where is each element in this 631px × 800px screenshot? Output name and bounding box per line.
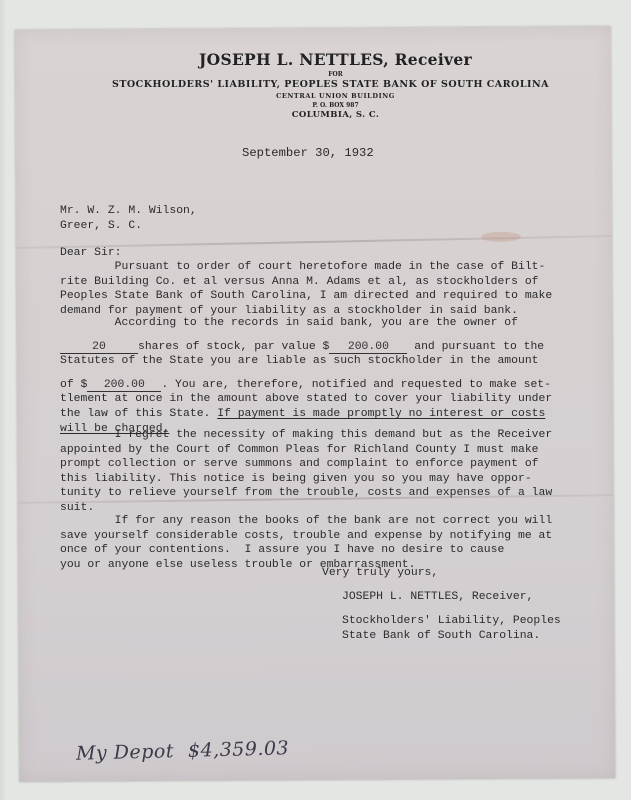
paragraph-line: this liability. This notice is being giv… [60, 472, 530, 487]
pursuant-text: and pursuant to the [407, 341, 544, 353]
paragraph-line: once of your contentions. I assure you I… [60, 543, 530, 558]
signer-org-line: Stockholders' Liability, Peoples [342, 614, 602, 629]
notified-text: . You are, therefore, notified and reque… [161, 379, 551, 391]
valediction: Very truly yours, [322, 566, 602, 581]
recipient-name: Mr. W. Z. M. Wilson, [60, 204, 530, 219]
paragraph-line: Statutes of the State you are liable as … [60, 354, 530, 369]
paragraph-regret: I regret the necessity of making this de… [60, 428, 530, 516]
letterhead-name: JOSEPH L. NETTLES [199, 50, 383, 69]
paragraph-line: Peoples State Bank of South Carolina, I … [60, 289, 530, 304]
paragraph-line: rite Building Co. et al versus Anna M. A… [60, 275, 530, 290]
paper-stain [481, 232, 521, 242]
paragraph-correction: If for any reason the books of the bank … [60, 514, 530, 572]
of-text: of $ [60, 379, 87, 391]
letterhead-name-line: JOSEPH L. NETTLES, Receiver [40, 50, 631, 69]
signer-org-line: State Bank of South Carolina. [342, 629, 602, 644]
liability-line: of $200.00. You are, therefore, notified… [60, 378, 530, 393]
signer-name: JOSEPH L. NETTLES, Receiver, [342, 590, 602, 605]
paragraph-line: save yourself considerable costs, troubl… [60, 529, 530, 544]
handwritten-label: My Depot [76, 740, 174, 765]
par-value-field: 200.00 [329, 341, 407, 354]
shares-text: shares of stock, par value $ [138, 341, 329, 353]
paragraph-line: If for any reason the books of the bank … [60, 514, 530, 529]
letterhead-city: COLUMBIA, S. C. [40, 110, 631, 120]
handwritten-amount: $4,359.03 [188, 737, 290, 762]
letterhead-po-box: P. O. BOX 987 [40, 102, 631, 109]
no-interest-notice: If payment is made promptly no interest … [217, 408, 545, 420]
recipient-block: Mr. W. Z. M. Wilson,Greer, S. C. [60, 204, 530, 233]
shares-count-field: 20 [60, 341, 138, 354]
salutation: Dear Sir: [60, 246, 530, 261]
paragraph-line: tlement at once in the amount above stat… [60, 392, 530, 407]
law-line: the law of this State. If payment is mad… [60, 407, 530, 422]
law-text: the law of this State. [60, 408, 217, 420]
paragraph-demand: Pursuant to order of court heretofore ma… [60, 260, 530, 318]
letterhead: JOSEPH L. NETTLES, Receiver FOR STOCKHOL… [0, 50, 631, 120]
liability-amount-field: 200.00 [87, 379, 161, 392]
scan-backdrop [0, 0, 8, 800]
paragraph-line: I regret the necessity of making this de… [60, 428, 530, 443]
recipient-location: Greer, S. C. [60, 219, 530, 234]
letterhead-title: , Receiver [383, 50, 472, 69]
signer-organization: Stockholders' Liability, PeoplesState Ba… [342, 614, 602, 643]
letter-date: September 30, 1932 [242, 146, 374, 160]
letterhead-for: FOR [40, 71, 631, 78]
paragraph-records: According to the records in said bank, y… [60, 316, 530, 436]
paragraph-line: tunity to relieve yourself from the trou… [60, 486, 530, 501]
paragraph-line: prompt collection or serve summons and c… [60, 457, 530, 472]
paragraph-line: Pursuant to order of court heretofore ma… [60, 260, 530, 275]
letterhead-organization: STOCKHOLDERS' LIABILITY, PEOPLES STATE B… [30, 79, 631, 90]
letterhead-building: CENTRAL UNION BUILDING [40, 92, 631, 100]
paragraph-line: appointed by the Court of Common Pleas f… [60, 443, 530, 458]
paragraph-line: According to the records in said bank, y… [60, 316, 530, 331]
shares-line: 20shares of stock, par value $200.00 and… [60, 340, 530, 355]
